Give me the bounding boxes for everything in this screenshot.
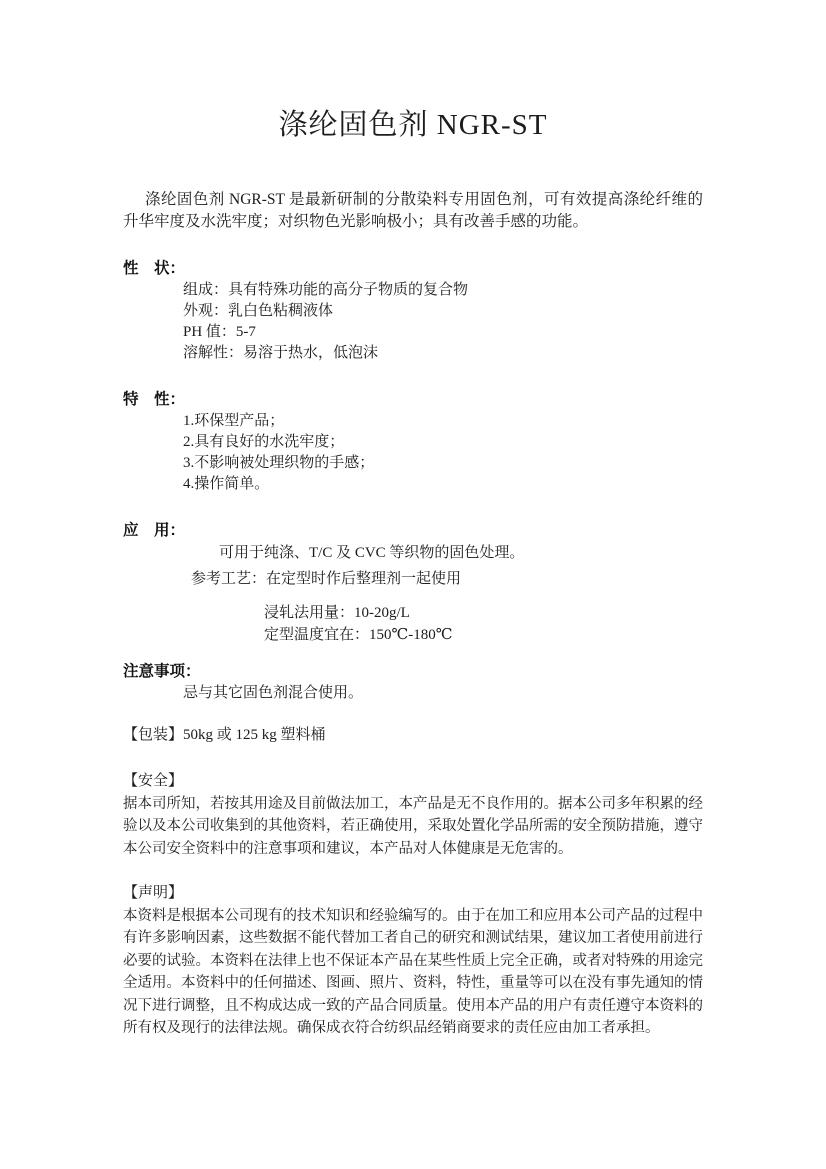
precaution-item: 忌与其它固色剂混合使用。 <box>183 683 703 704</box>
property-item-composition: 组成：具有特殊功能的高分子物质的复合物 <box>183 280 703 301</box>
application-usage: 可用于纯涤、T/C 及 CVC 等织物的固色处理。 <box>123 542 703 564</box>
section-statement: 【声明】 本资料是根据本公司现有的技术知识和经验编写的。由于在加工和应用本公司产… <box>123 882 703 1040</box>
section-features: 特 性： 1.环保型产品； 2.具有良好的水洗牢度； 3.不影响被处理织物的手感… <box>123 389 703 495</box>
application-process: 参考工艺：在定型时作后整理剂一起使用 <box>123 568 703 590</box>
section-application: 应 用： 可用于纯涤、T/C 及 CVC 等织物的固色处理。 参考工艺：在定型时… <box>123 520 703 646</box>
page-title: 涤纶固色剂 NGR-ST <box>123 107 703 143</box>
precautions-heading: 注意事项： <box>123 661 703 683</box>
safety-heading: 【安全】 <box>123 770 703 793</box>
statement-body: 本资料是根据本公司现有的技术知识和经验编写的。由于在加工和应用本公司产品的过程中… <box>123 905 703 1040</box>
features-list: 1.环保型产品； 2.具有良好的水洗牢度； 3.不影响被处理织物的手感； 4.操… <box>123 411 703 495</box>
precautions-list: 忌与其它固色剂混合使用。 <box>123 683 703 704</box>
properties-list: 组成：具有特殊功能的高分子物质的复合物 外观：乳白色粘稠液体 PH 值：5-7 … <box>123 280 703 364</box>
application-dosage: 浸轧法用量：10-20g/L <box>123 602 703 624</box>
application-heading: 应 用： <box>123 520 703 542</box>
feature-item-2: 2.具有良好的水洗牢度； <box>183 432 703 453</box>
property-item-ph: PH 值：5-7 <box>183 322 703 343</box>
section-precautions: 注意事项： 忌与其它固色剂混合使用。 <box>123 661 703 704</box>
safety-body: 据本司所知，若按其用途及目前做法加工，本产品是无不良作用的。据本公司多年积累的经… <box>123 793 703 861</box>
feature-item-4: 4.操作简单。 <box>183 474 703 495</box>
feature-item-3: 3.不影响被处理织物的手感； <box>183 453 703 474</box>
section-properties: 性 状： 组成：具有特殊功能的高分子物质的复合物 外观：乳白色粘稠液体 PH 值… <box>123 258 703 364</box>
properties-heading: 性 状： <box>123 258 703 280</box>
packaging-line: 【包装】50kg 或 125 kg 塑料桶 <box>123 724 703 746</box>
intro-paragraph: 涤纶固色剂 NGR-ST 是最新研制的分散染料专用固色剂，可有效提高涤纶纤维的升… <box>123 189 703 233</box>
property-item-solubility: 溶解性：易溶于热水，低泡沫 <box>183 343 703 364</box>
feature-item-1: 1.环保型产品； <box>183 411 703 432</box>
property-item-appearance: 外观：乳白色粘稠液体 <box>183 301 703 322</box>
document-page: 涤纶固色剂 NGR-ST 涤纶固色剂 NGR-ST 是最新研制的分散染料专用固色… <box>0 0 826 1169</box>
section-safety: 【安全】 据本司所知，若按其用途及目前做法加工，本产品是无不良作用的。据本公司多… <box>123 770 703 860</box>
features-heading: 特 性： <box>123 389 703 411</box>
application-temperature: 定型温度宜在：150℃-180℃ <box>123 624 703 646</box>
statement-heading: 【声明】 <box>123 882 703 905</box>
